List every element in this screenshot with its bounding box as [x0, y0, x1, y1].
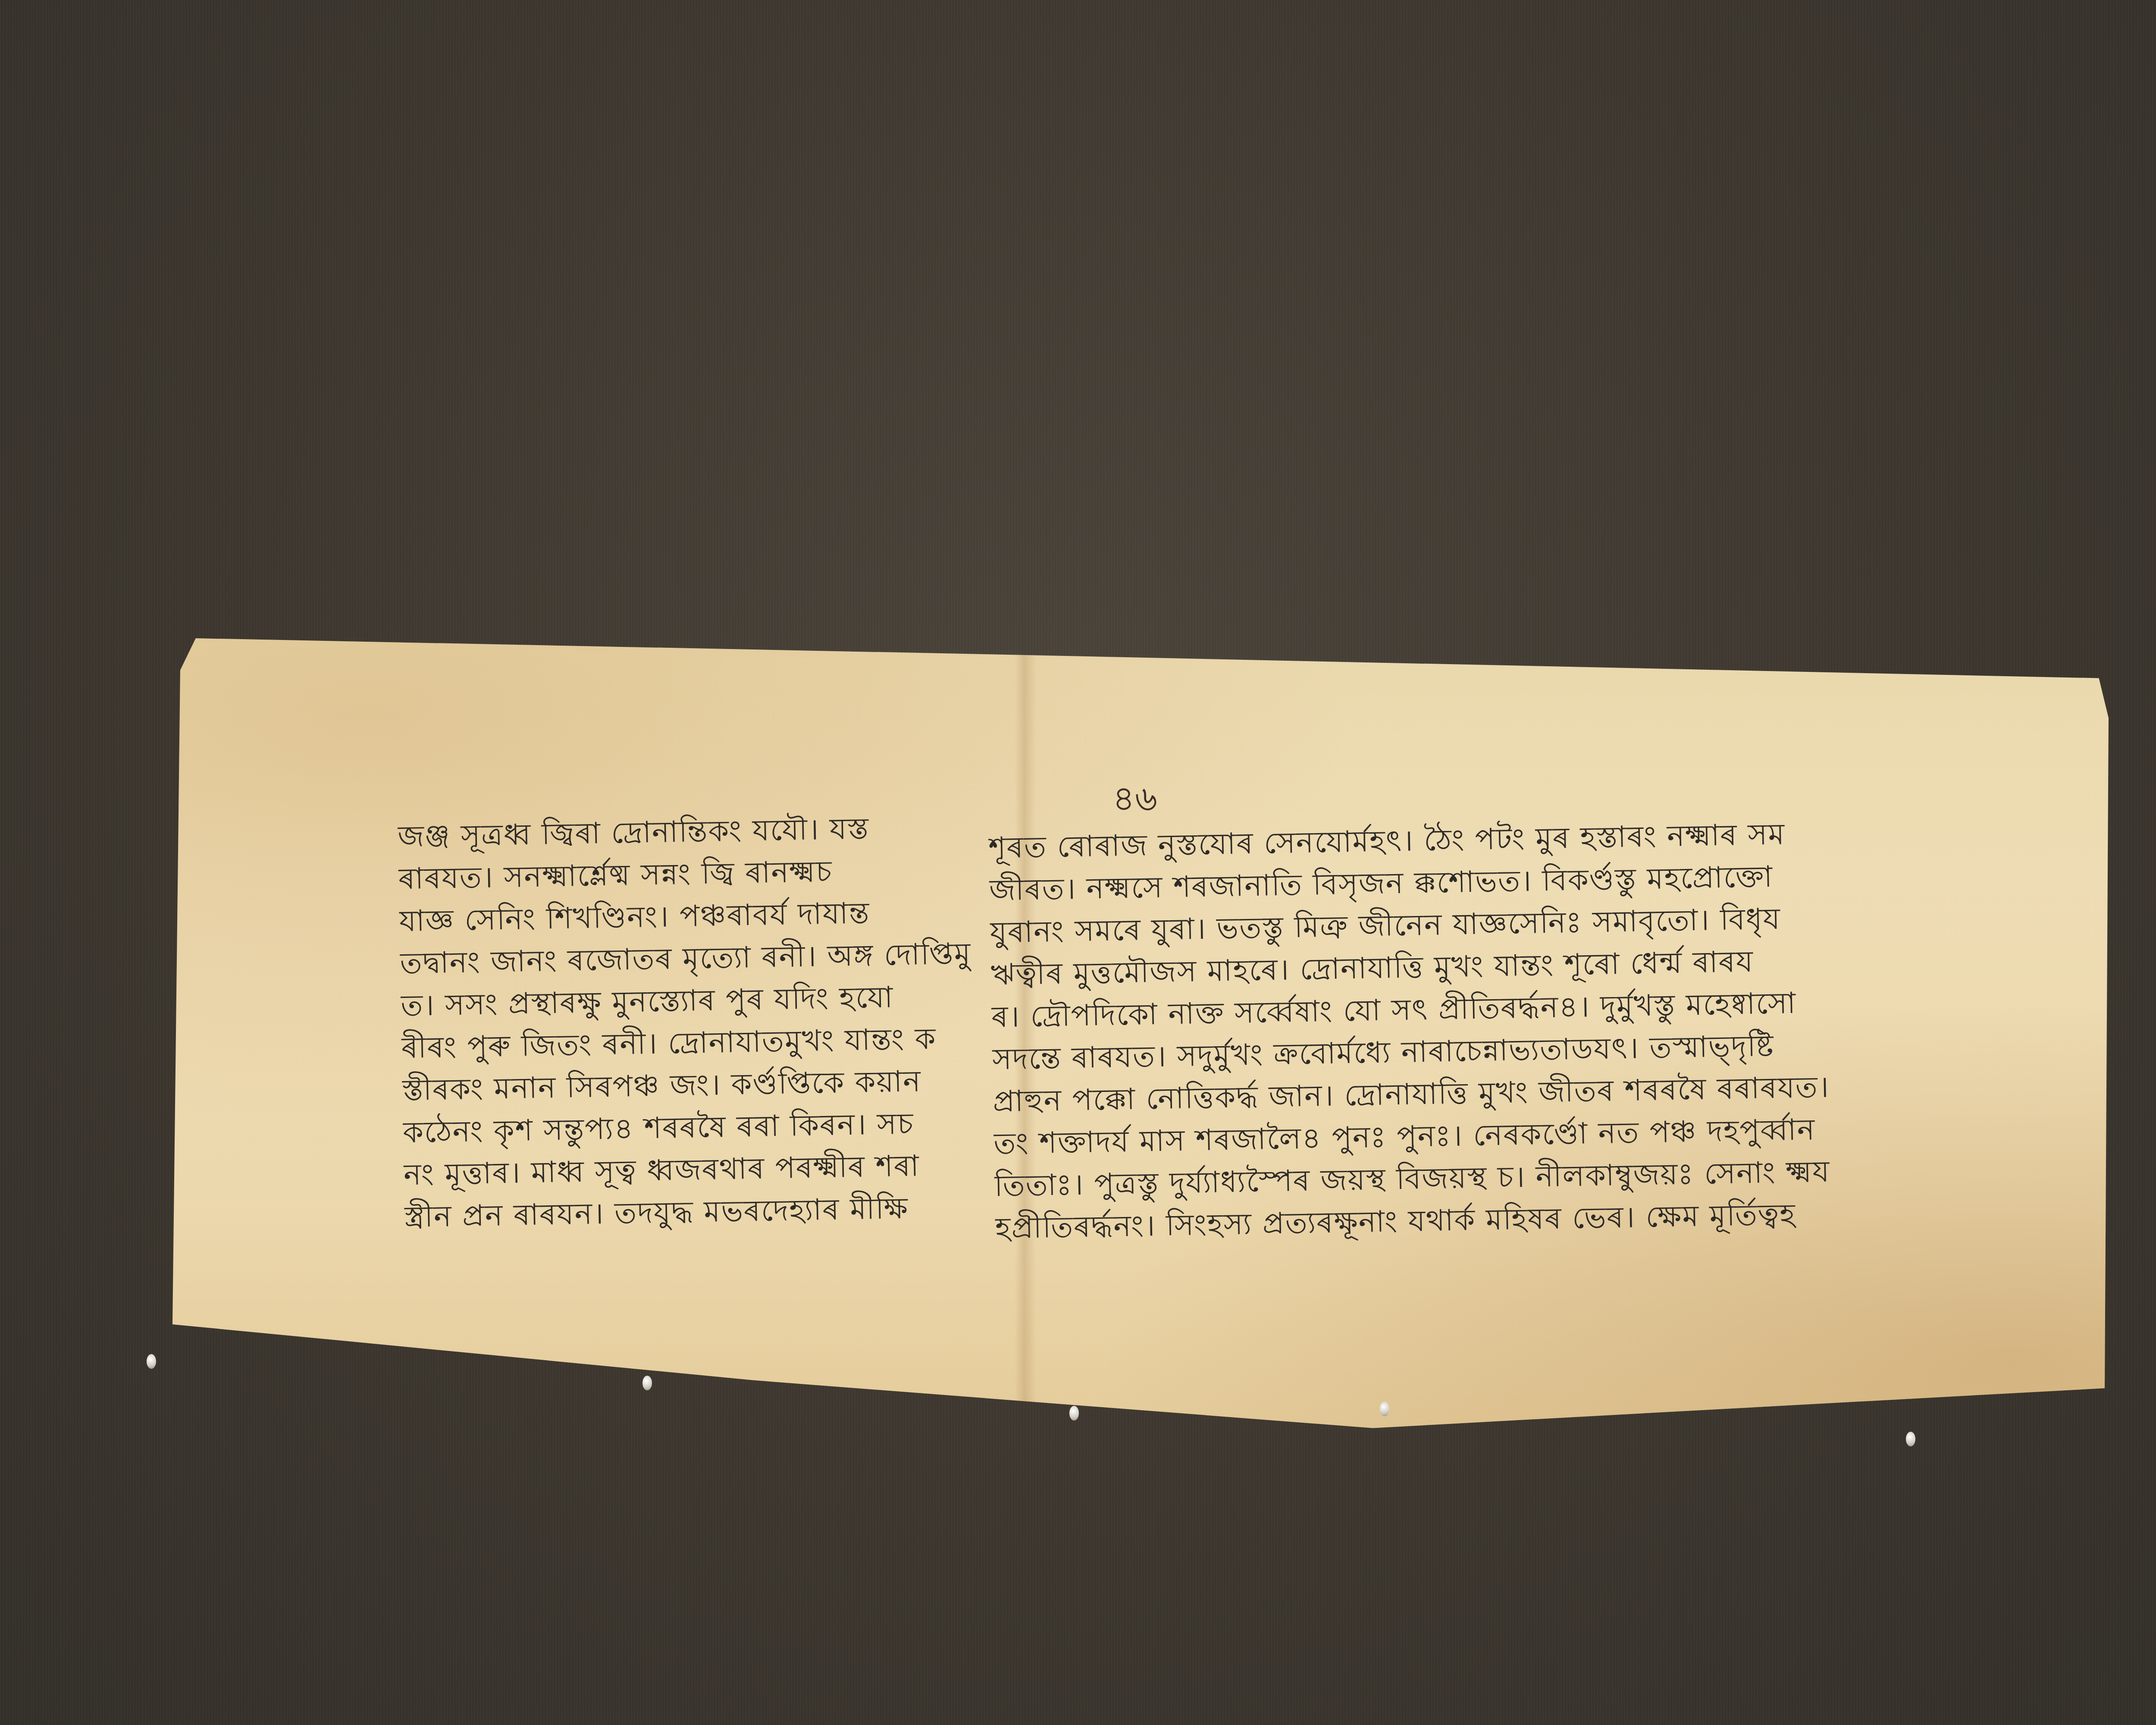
mounting-pin-icon: [642, 1376, 652, 1390]
mounting-pin-icon: [147, 1354, 156, 1369]
right-text-column: শূৰত ৰোৰাজ নুস্তযোৰ সেনযোৰ্মহৎ। ঠৈং পটং …: [988, 812, 1910, 1250]
left-text-column: জঞ্জ সূত্রধ্ব জ্বিৰা দ্রোনান্তিকং যযৌ। য…: [398, 806, 1009, 1239]
folio-number: ৪৬: [1112, 772, 1157, 830]
mounting-pin-icon: [1906, 1432, 1915, 1446]
mounting-pin-icon: [1069, 1406, 1079, 1421]
mounting-pin-icon: [1380, 1402, 1389, 1416]
